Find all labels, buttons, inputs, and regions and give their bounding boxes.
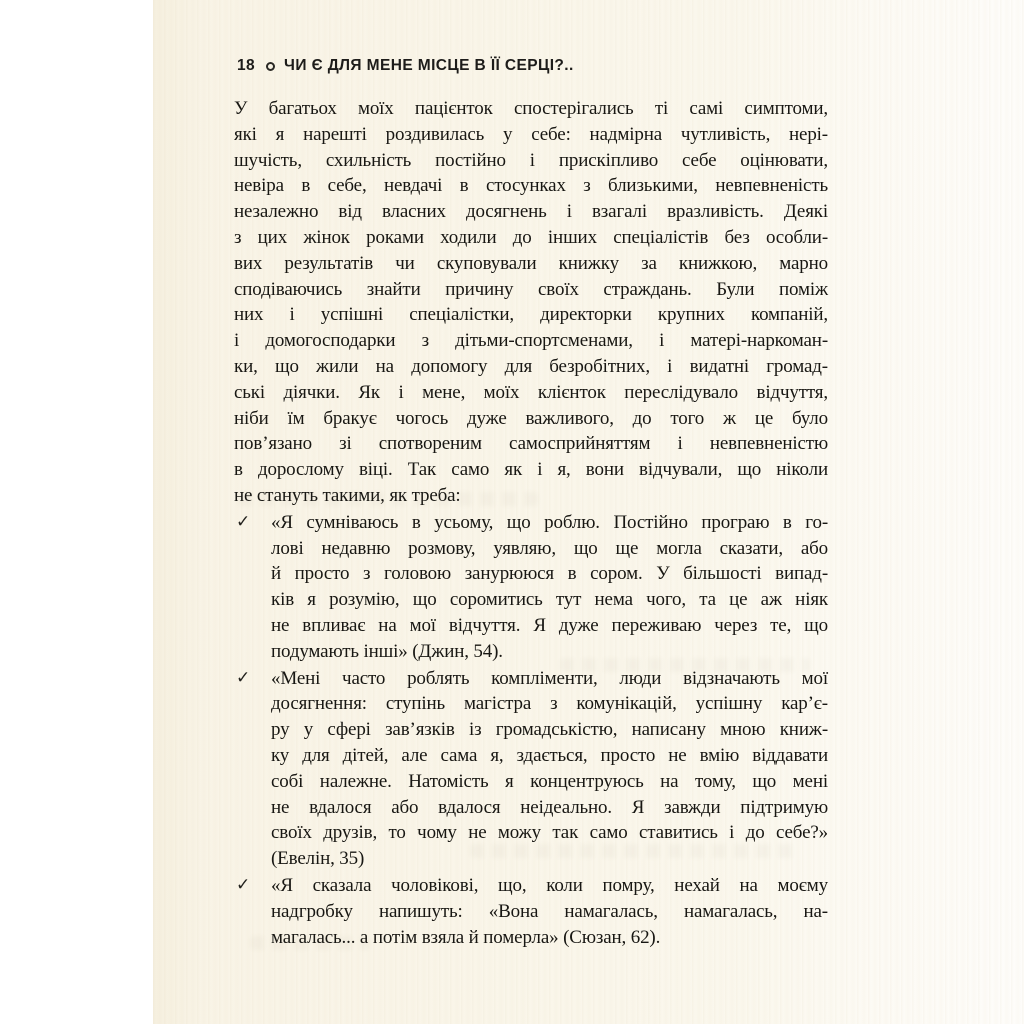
text-line: «Мені часто роблять компліменти, люди ві… (271, 666, 828, 692)
text-line: вих результатів чи скуповували книжку за… (234, 251, 828, 277)
text-line: ру у сфері зав’язків із громадськістю, н… (271, 717, 828, 743)
quote-lines: «Я сумніваюсь в усьому, що роблю. Постій… (271, 510, 828, 665)
text-line: пов’язано зі спотвореним самосприйняттям… (234, 431, 828, 457)
text-line: з цих жінок роками ходили до інших спеці… (234, 225, 828, 251)
text-line: (Евелін, 35) (271, 846, 828, 872)
running-head: 18 ЧИ Є ДЛЯ МЕНЕ МІСЦЕ В ЇЇ СЕРЦІ?.. (237, 57, 574, 75)
text-line: і домогосподарки з дітьми-спортсменами, … (234, 328, 828, 354)
text-line: ки, що жили на допомогу для безробітних,… (234, 354, 828, 380)
text-line: шучість, схильність постійно і прискіпли… (234, 148, 828, 174)
scanned-book-page: { "header": { "page_number": "18", "orna… (0, 0, 1024, 1024)
text-line: досягнення: ступінь магістра з комунікац… (271, 691, 828, 717)
text-line: подумають інші» (Джин, 54). (271, 639, 828, 665)
page-number: 18 (237, 57, 255, 75)
text-line: й просто з головою занурююся в сором. У … (271, 561, 828, 587)
quote-item: ✓«Мені часто роблять компліменти, люди в… (234, 666, 828, 872)
text-line: магалась... а потім взяла й померла» (Сю… (271, 925, 828, 951)
text-line: «Я сказала чоловікові, що, коли помру, н… (271, 873, 828, 899)
text-line: які я нарешті роздивилась у себе: надмір… (234, 122, 828, 148)
quote-item: ✓«Я сумніваюсь в усьому, що роблю. Пості… (234, 510, 828, 665)
text-line: «Я сумніваюсь в усьому, що роблю. Постій… (271, 510, 828, 536)
text-line: У багатьох моїх пацієнток спостерігались… (234, 96, 828, 122)
text-line: ків я розумію, що соромитись тут нема чо… (271, 587, 828, 613)
text-line: собі належне. Натомість я концентруюсь н… (271, 769, 828, 795)
text-line: не впливає на мої відчуття. Я дуже переж… (271, 613, 828, 639)
quote-lines: «Мені часто роблять компліменти, люди ві… (271, 666, 828, 872)
paragraph: У багатьох моїх пацієнток спостерігались… (234, 96, 828, 509)
text-line: не стануть такими, як треба: (234, 483, 828, 509)
text-line: в дорослому віці. Так само як і я, вони … (234, 457, 828, 483)
checkmark-icon: ✓ (236, 873, 250, 899)
text-line: них і успішні спеціалістки, директорки к… (234, 302, 828, 328)
text-line: надгробку напишуть: «Вона намагалась, на… (271, 899, 828, 925)
text-line: сподіваючись знайти причину своїх стражд… (234, 277, 828, 303)
quotes-list: ✓«Я сумніваюсь в усьому, що роблю. Пості… (234, 510, 828, 951)
text-line: лові недавню розмову, уявляю, що ще могл… (271, 536, 828, 562)
text-line: ніби їм бракує чогось дуже важливого, до… (234, 406, 828, 432)
text-line: незалежно від власних досягнень і взагал… (234, 199, 828, 225)
checkmark-icon: ✓ (236, 510, 250, 536)
body-text: У багатьох моїх пацієнток спостерігались… (234, 96, 828, 950)
text-line: ські діячки. Як і мене, моїх клієнток пе… (234, 380, 828, 406)
chapter-title: ЧИ Є ДЛЯ МЕНЕ МІСЦЕ В ЇЇ СЕРЦІ?.. (284, 57, 574, 75)
circle-icon (266, 62, 275, 71)
text-line: ку для дітей, але сама я, здається, прос… (271, 743, 828, 769)
quote-lines: «Я сказала чоловікові, що, коли помру, н… (271, 873, 828, 950)
text-line: невіра в себе, невдачі в стосунках з бли… (234, 173, 828, 199)
text-line: своїх друзів, то чому не можу так само с… (271, 820, 828, 846)
text-line: не вдалося або вдалося неідеально. Я зав… (271, 795, 828, 821)
quote-item: ✓«Я сказала чоловікові, що, коли помру, … (234, 873, 828, 950)
checkmark-icon: ✓ (236, 666, 250, 692)
